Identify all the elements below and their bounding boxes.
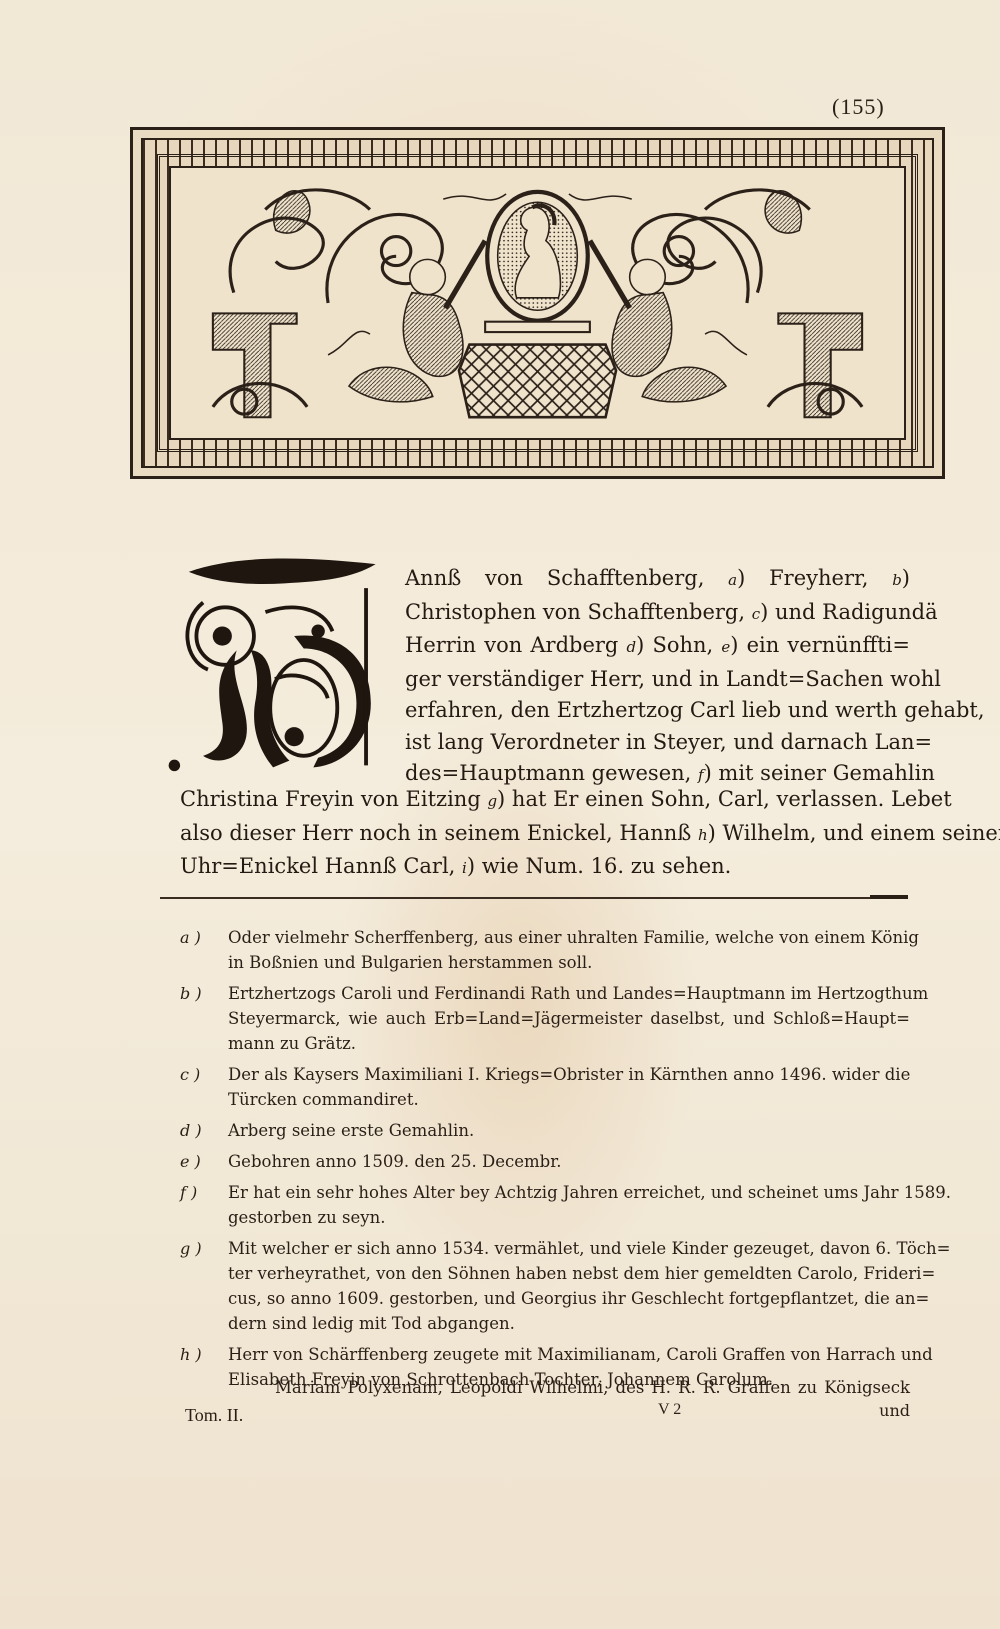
- catchword: und: [879, 1401, 910, 1420]
- footnote-c: c ) Der als Kaysers Maximiliani I. Krieg…: [180, 1062, 910, 1112]
- text-line: Uhr=Enickel Hannß Carl, i) wie Num. 16. …: [180, 851, 910, 885]
- main-paragraph-full: Christina Freyin von Eitzing g) hat Er e…: [180, 784, 910, 885]
- signature-mark: V 2: [658, 1401, 681, 1419]
- footnotes: a ) Oder vielmehr Scherffenberg, aus ein…: [180, 925, 910, 1398]
- text-line: Christina Freyin von Eitzing g) hat Er e…: [180, 784, 910, 818]
- text-line: Christophen von Schafftenberg, c) und Ra…: [405, 597, 910, 631]
- text-line: erfahren, den Ertzhertzog Carl lieb und …: [405, 695, 910, 727]
- ornament-laurel-border: [141, 138, 934, 468]
- text-line: ist lang Verordneter in Steyer, und darn…: [405, 727, 910, 759]
- footnote-b: b ) Ertzhertzogs Caroli und Ferdinandi R…: [180, 981, 910, 1056]
- volume-label: Tom. II.: [185, 1405, 243, 1426]
- footnote-label: a ): [180, 925, 201, 950]
- ornament-engraving: [169, 166, 906, 440]
- footnote-g: g ) Mit welcher er sich anno 1534. vermä…: [180, 1236, 910, 1336]
- page-footer: Tom. II. V 2 und: [185, 1405, 910, 1435]
- footnote-label: c ): [180, 1062, 200, 1087]
- footnote-d: d ) Arberg seine erste Gemahlin.: [180, 1118, 910, 1143]
- footnote-label: f ): [180, 1180, 197, 1205]
- drop-cap-initial: [160, 540, 390, 780]
- footnote-divider: [160, 897, 908, 899]
- text-line: Herrin von Ardberg d) Sohn, e) ein vernü…: [405, 630, 910, 664]
- continuation-line: Mariam Polyxenam, Leopoldi Wilhelmi, des…: [275, 1378, 910, 1397]
- text-line: ger verständiger Herr, und in Landt=Sach…: [405, 664, 910, 696]
- footnote-label: d ): [180, 1118, 202, 1143]
- footnote-label: e ): [180, 1149, 201, 1174]
- rococo-engraving-icon: [171, 168, 904, 438]
- header-ornament: [130, 127, 945, 479]
- text-line: also dieser Herr noch in seinem Enickel,…: [180, 818, 910, 852]
- footnote-label: g ): [180, 1236, 202, 1261]
- footnote-label: b ): [180, 981, 202, 1006]
- main-paragraph-indented: Annß von Schafftenberg, a) Freyherr, b) …: [405, 563, 910, 792]
- text-line: Annß von Schafftenberg, a) Freyherr, b): [405, 563, 910, 597]
- footnote-label: h ): [180, 1342, 202, 1367]
- page-number: (155): [832, 94, 885, 120]
- footnote-e: e ) Gebohren anno 1509. den 25. Decembr.: [180, 1149, 910, 1174]
- footnote-f: f ) Er hat ein sehr hohes Alter bey Acht…: [180, 1180, 910, 1230]
- footnote-a: a ) Oder vielmehr Scherffenberg, aus ein…: [180, 925, 910, 975]
- ornamental-letter-h-icon: [160, 540, 390, 780]
- footnote-divider-end: [870, 895, 908, 899]
